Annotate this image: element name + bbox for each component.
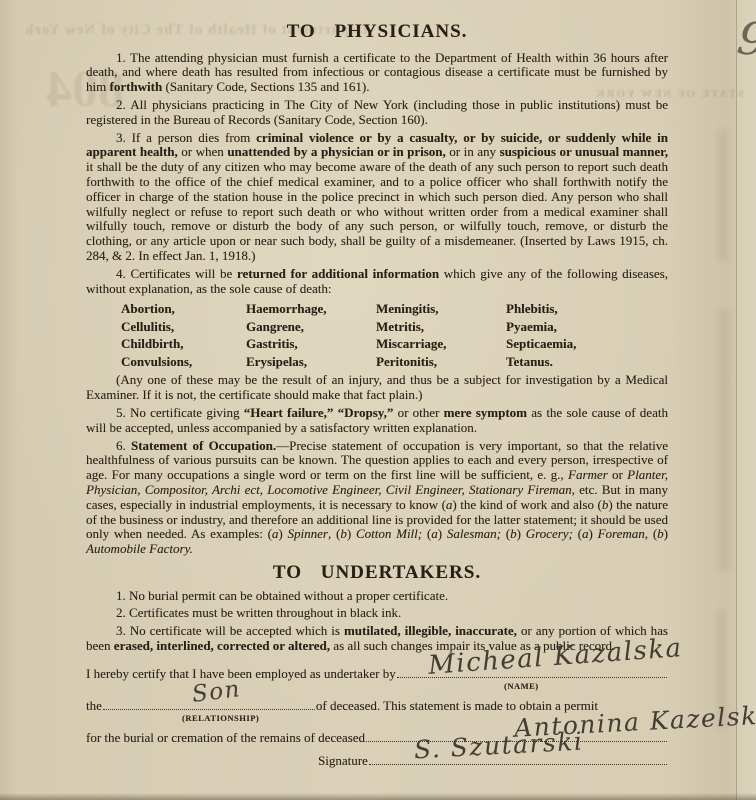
disease-name: Haemorrhage, xyxy=(246,300,376,318)
document-body: TO PHYSICIANS. 1. The attending physicia… xyxy=(0,0,756,770)
disease-name: Phlebitis, xyxy=(506,300,668,318)
disease-name: Erysipelas, xyxy=(246,353,376,371)
relationship-prefix-label: the xyxy=(86,697,102,715)
certify-name-label: I hereby certify that I have been employ… xyxy=(86,665,396,683)
deceased-label: for the burial or cremation of the remai… xyxy=(86,729,365,747)
disease-row: Abortion,Haemorrhage,Meningitis,Phlebiti… xyxy=(121,300,668,318)
physicians-rule-1: 1. The attending physician must furnish … xyxy=(86,51,668,95)
physicians-rule-5: 5. No certificate giving “Heart failure,… xyxy=(86,406,668,436)
undertakers-rule-1: 1. No burial permit can be obtained with… xyxy=(86,589,668,604)
scanned-certificate-back-page: Department of Health of The City of New … xyxy=(0,0,756,800)
disease-name: Septicaemia, xyxy=(506,335,668,353)
disease-note: (Any one of these may be the result of a… xyxy=(86,373,668,403)
physicians-rule-2: 2. All physicians practicing in The City… xyxy=(86,98,668,128)
signature-handwriting: S. Szutarski xyxy=(414,732,584,759)
disease-name: Meningitis, xyxy=(376,300,506,318)
disease-name: Miscarriage, xyxy=(376,335,506,353)
disease-row: Convulsions,Erysipelas,Peritonitis,Tetan… xyxy=(121,353,668,371)
disease-name: Pyaemia, xyxy=(506,318,668,336)
disease-name: Gastritis, xyxy=(246,335,376,353)
disease-name: Cellulitis, xyxy=(121,318,246,336)
disease-row: Childbirth,Gastritis,Miscarriage,Septica… xyxy=(121,335,668,353)
disease-row: Cellulitis,Gangrene,Metritis,Pyaemia, xyxy=(121,318,668,336)
disease-name: Tetanus. xyxy=(506,353,668,371)
undertakers-heading: TO UNDERTAKERS. xyxy=(86,561,668,586)
disease-name: Peritonitis, xyxy=(376,353,506,371)
name-caption-row: (NAME) xyxy=(86,683,668,692)
physicians-rule-3: 3. If a person dies from criminal violen… xyxy=(86,131,668,264)
disease-name: Childbirth, xyxy=(121,335,246,353)
physicians-rule-4: 4. Certificates will be returned for add… xyxy=(86,267,668,297)
disease-name: Gangrene, xyxy=(246,318,376,336)
physicians-heading: TO PHYSICIANS. xyxy=(86,20,668,45)
undertakers-rule-2: 2. Certificates must be written througho… xyxy=(86,606,668,621)
disease-name: Convulsions, xyxy=(121,353,246,371)
certify-name-line: I hereby certify that I have been employ… xyxy=(86,664,668,683)
name-caption: (NAME) xyxy=(504,681,539,691)
disease-table: Abortion,Haemorrhage,Meningitis,Phlebiti… xyxy=(86,300,668,370)
signature-line: Signature S. Szutarski xyxy=(318,751,668,770)
disease-name: Abortion, xyxy=(121,300,246,318)
disease-name: Metritis, xyxy=(376,318,506,336)
physicians-rule-6: 6. Statement of Occupation.—Precise stat… xyxy=(86,439,668,557)
relationship-handwriting: Son xyxy=(191,680,242,704)
signature-label: Signature xyxy=(318,752,368,770)
relationship-caption: (RELATIONSHIP) xyxy=(182,713,259,723)
